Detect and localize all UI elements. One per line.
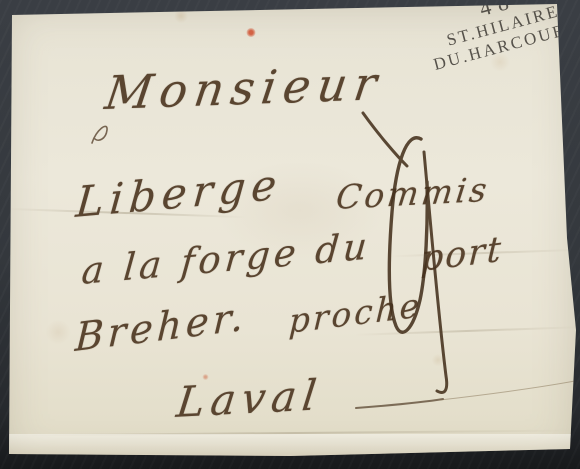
faint-ink-hairline [440,381,575,400]
flourish-stroke [92,126,107,143]
letter-photograph: 48 ST.HILAIRE DU.HARCOUE Monsieur Liberg… [0,0,580,469]
letter-paper: 48 ST.HILAIRE DU.HARCOUE Monsieur Liberg… [0,0,580,469]
manuscript-tax-2-marking [363,113,447,393]
pen-dash [356,399,443,408]
ink-marks-overlay [0,0,580,469]
